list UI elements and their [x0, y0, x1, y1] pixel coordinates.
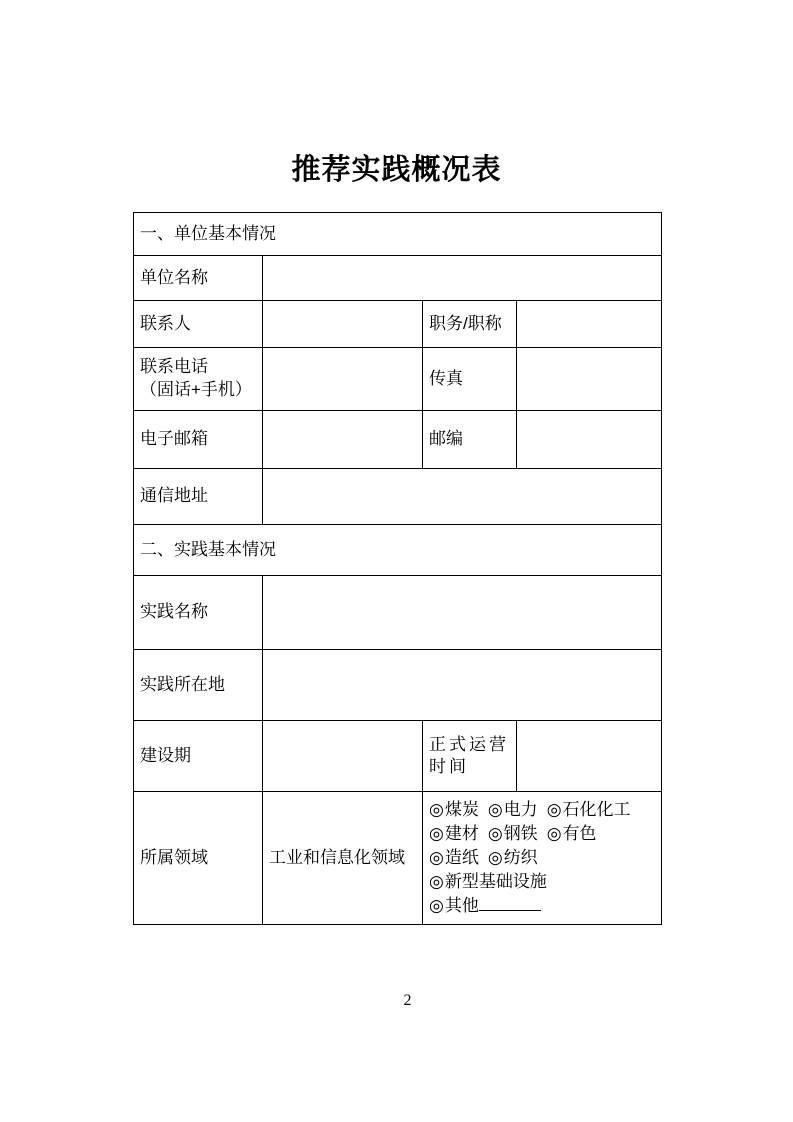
page-number: 2	[0, 992, 793, 1010]
option-electric-power[interactable]: ◎电力	[488, 800, 538, 819]
table-row: 通信地址	[134, 469, 662, 525]
option-label: 钢铁	[504, 824, 538, 843]
option-petrochemical[interactable]: ◎石化化工	[547, 800, 631, 819]
radio-icon: ◎	[429, 896, 444, 915]
option-label: 煤炭	[445, 800, 479, 819]
option-label: 石化化工	[563, 800, 631, 819]
radio-icon: ◎	[429, 800, 444, 819]
practice-location-label: 实践所在地	[134, 650, 263, 721]
table-row: 实践所在地	[134, 650, 662, 721]
address-label: 通信地址	[134, 469, 263, 525]
options-line-1: ◎煤炭◎电力◎石化化工	[429, 798, 657, 822]
domain-category-label: 工业和信息化领域	[263, 792, 423, 925]
unit-name-input-cell[interactable]	[263, 256, 662, 301]
radio-icon: ◎	[488, 848, 503, 867]
address-input-cell[interactable]	[263, 469, 662, 525]
email-label: 电子邮箱	[134, 411, 263, 469]
table-row: 单位名称	[134, 256, 662, 301]
contact-input-cell[interactable]	[263, 301, 423, 348]
radio-icon: ◎	[547, 800, 562, 819]
table-row: 一、单位基本情况	[134, 213, 662, 256]
practice-location-input-cell[interactable]	[263, 650, 662, 721]
radio-icon: ◎	[429, 848, 444, 867]
position-input-cell[interactable]	[517, 301, 662, 348]
radio-icon: ◎	[488, 824, 503, 843]
option-steel[interactable]: ◎钢铁	[488, 824, 538, 843]
postcode-label: 邮编	[423, 411, 517, 469]
phone-input-cell[interactable]	[263, 348, 423, 411]
option-other[interactable]: ◎其他	[429, 896, 541, 915]
option-building-materials[interactable]: ◎建材	[429, 824, 479, 843]
practice-name-input-cell[interactable]	[263, 576, 662, 650]
table-row: 联系人 职务/职称	[134, 301, 662, 348]
option-new-infrastructure[interactable]: ◎新型基础设施	[429, 872, 547, 891]
table-row: 实践名称	[134, 576, 662, 650]
option-textile[interactable]: ◎纺织	[488, 848, 538, 867]
operation-time-label: 正式运营时间	[423, 721, 517, 792]
option-label: 建材	[445, 824, 479, 843]
option-label: 其他	[445, 896, 479, 915]
table-row: 二、实践基本情况	[134, 525, 662, 576]
option-label: 纺织	[504, 848, 538, 867]
contact-label: 联系人	[134, 301, 263, 348]
option-label: 有色	[563, 824, 597, 843]
document-page: 推荐实践概况表 一、单位基本情况 单位名称 联系人 职务/职称 联系电话 （固话…	[0, 0, 793, 1122]
option-label: 造纸	[445, 848, 479, 867]
table-row: 电子邮箱 邮编	[134, 411, 662, 469]
radio-icon: ◎	[547, 824, 562, 843]
option-papermaking[interactable]: ◎造纸	[429, 848, 479, 867]
options-line-3: ◎造纸◎纺织	[429, 846, 657, 870]
section-2-header: 二、实践基本情况	[134, 525, 662, 576]
option-label: 新型基础设施	[445, 872, 547, 891]
options-line-4: ◎新型基础设施	[429, 870, 657, 894]
phone-label: 联系电话 （固话+手机）	[134, 348, 263, 411]
option-label: 电力	[504, 800, 538, 819]
option-nonferrous[interactable]: ◎有色	[547, 824, 597, 843]
form-table: 一、单位基本情况 单位名称 联系人 职务/职称 联系电话 （固话+手机） 传真 …	[133, 212, 662, 925]
construction-period-label: 建设期	[134, 721, 263, 792]
options-line-2: ◎建材◎钢铁◎有色	[429, 822, 657, 846]
domain-options-cell: ◎煤炭◎电力◎石化化工 ◎建材◎钢铁◎有色 ◎造纸◎纺织 ◎新型基础设施 ◎其他	[423, 792, 662, 925]
table-row: 建设期 正式运营时间	[134, 721, 662, 792]
fax-label: 传真	[423, 348, 517, 411]
table-row: 联系电话 （固话+手机） 传真	[134, 348, 662, 411]
practice-name-label: 实践名称	[134, 576, 263, 650]
construction-period-input-cell[interactable]	[263, 721, 423, 792]
section-1-header: 一、单位基本情况	[134, 213, 662, 256]
position-label: 职务/职称	[423, 301, 517, 348]
page-title: 推荐实践概况表	[0, 147, 793, 188]
operation-time-input-cell[interactable]	[517, 721, 662, 792]
postcode-input-cell[interactable]	[517, 411, 662, 469]
radio-icon: ◎	[488, 800, 503, 819]
option-coal[interactable]: ◎煤炭	[429, 800, 479, 819]
domain-label: 所属领域	[134, 792, 263, 925]
email-input-cell[interactable]	[263, 411, 423, 469]
unit-name-label: 单位名称	[134, 256, 263, 301]
radio-icon: ◎	[429, 872, 444, 891]
fax-input-cell[interactable]	[517, 348, 662, 411]
other-blank-line[interactable]	[479, 895, 541, 911]
options-line-5: ◎其他	[429, 894, 657, 918]
table-row: 所属领域 工业和信息化领域 ◎煤炭◎电力◎石化化工 ◎建材◎钢铁◎有色 ◎造纸◎…	[134, 792, 662, 925]
radio-icon: ◎	[429, 824, 444, 843]
